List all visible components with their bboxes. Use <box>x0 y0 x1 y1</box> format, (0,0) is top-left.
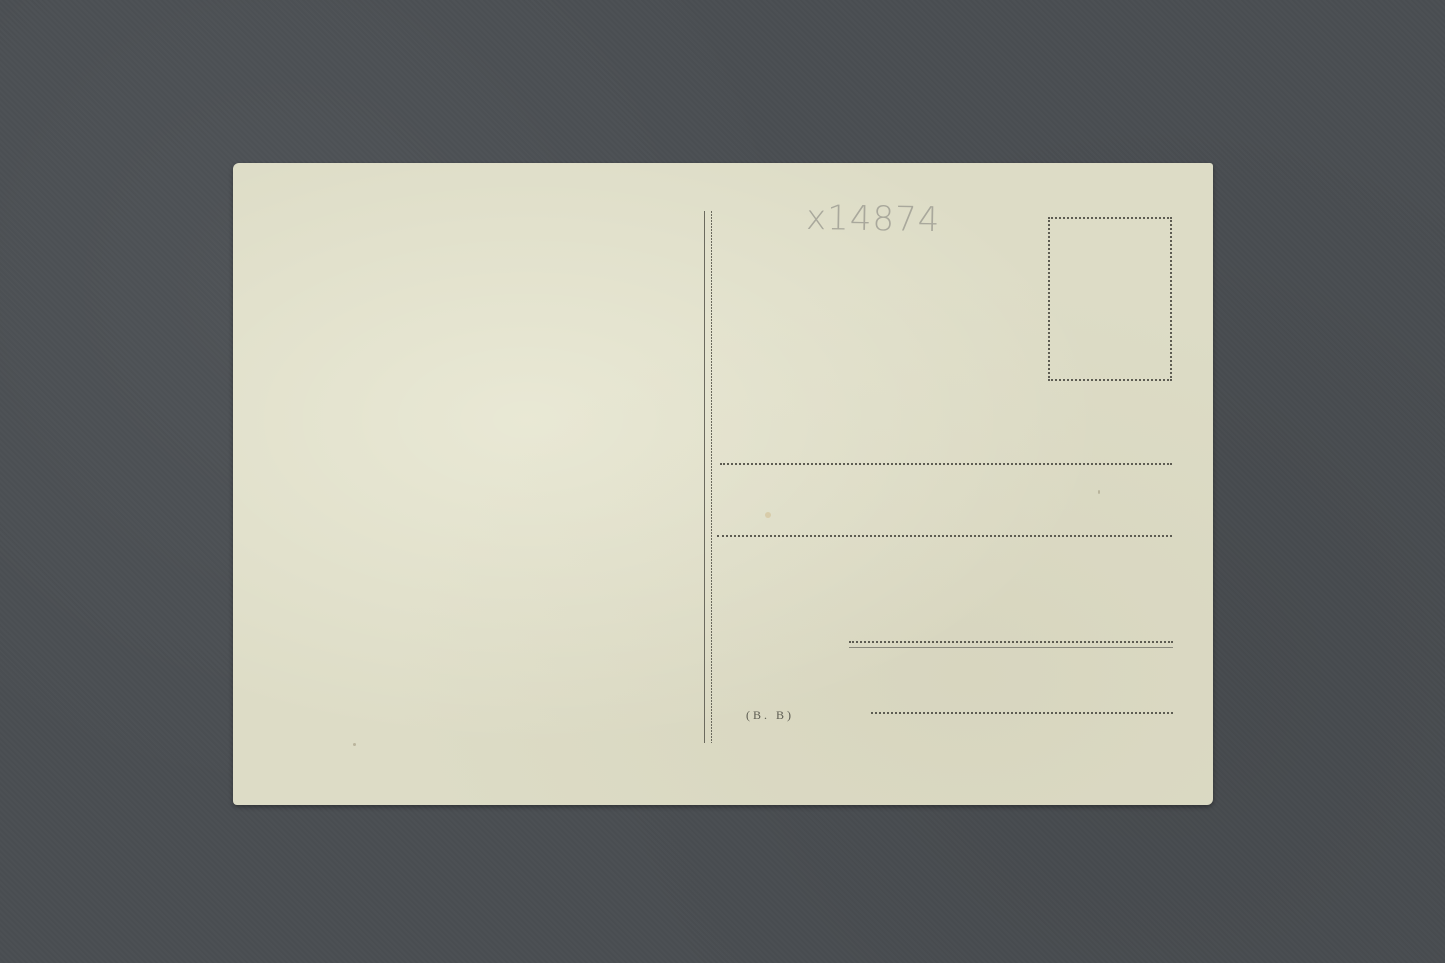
stamp-placement-box <box>1048 217 1172 381</box>
divider-line-left <box>704 211 705 743</box>
age-spot <box>353 743 356 746</box>
postcard-back: x14874 (B. B) <box>233 163 1213 805</box>
age-spot <box>1098 490 1100 494</box>
publisher-imprint: (B. B) <box>746 708 794 723</box>
address-line-4 <box>871 712 1173 714</box>
divider-line-right <box>711 211 712 743</box>
address-line-3 <box>849 641 1173 643</box>
handwritten-inventory-number: x14874 <box>806 198 941 240</box>
age-spot <box>765 512 771 518</box>
address-line-2 <box>717 535 1172 537</box>
address-line-1 <box>720 463 1172 465</box>
